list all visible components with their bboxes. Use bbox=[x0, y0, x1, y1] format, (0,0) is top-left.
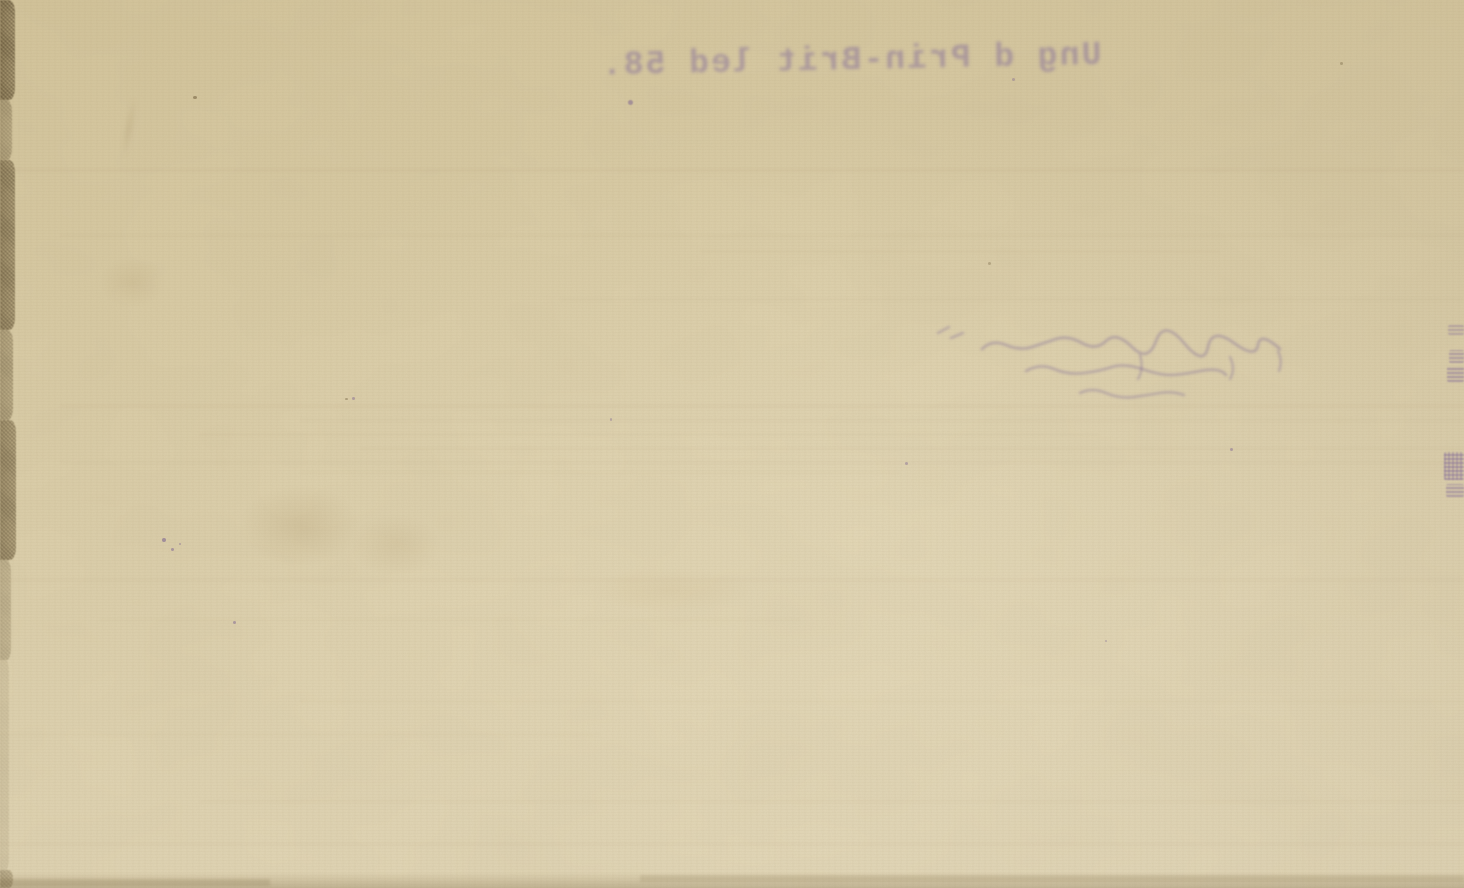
left-edge-segment bbox=[0, 100, 12, 160]
bottom-edge-dark-segment bbox=[0, 879, 270, 886]
bottom-edge-shadow bbox=[0, 872, 1464, 888]
scan-striation-line bbox=[300, 471, 900, 474]
scan-striation-line bbox=[60, 234, 1464, 237]
edge-ink-mark bbox=[1447, 366, 1464, 382]
paper-speck bbox=[1340, 62, 1343, 65]
stain-smudge bbox=[85, 245, 180, 320]
scan-striation-line bbox=[100, 618, 800, 621]
scan-striation-line bbox=[300, 419, 1464, 422]
paper-speck bbox=[345, 398, 348, 400]
bleedthrough-typewritten-text: Ung d Prin-Brit led 58. bbox=[595, 37, 1106, 114]
scan-striation-line bbox=[200, 433, 1100, 436]
edge-ink-mark bbox=[1446, 484, 1464, 497]
stain-smudge bbox=[215, 468, 385, 583]
scan-weave-texture bbox=[0, 0, 1464, 888]
left-edge-segment bbox=[0, 870, 13, 888]
scan-striation-line bbox=[700, 250, 1220, 253]
ink-speck bbox=[905, 462, 908, 465]
paper-speck bbox=[193, 96, 197, 99]
stain-streak bbox=[115, 84, 144, 170]
paper-speck bbox=[988, 262, 991, 265]
bleedthrough-handwriting-scrawl bbox=[930, 315, 1320, 410]
paper-scan: Ung d Prin-Brit led 58. bbox=[0, 0, 1464, 888]
left-edge-segment bbox=[0, 160, 15, 330]
ink-speck bbox=[1105, 640, 1107, 642]
paper-grain-texture bbox=[0, 0, 1464, 888]
left-edge-segment bbox=[0, 420, 16, 560]
scan-striation-line bbox=[0, 578, 1464, 582]
ink-speck bbox=[352, 397, 355, 400]
stain-smudge bbox=[560, 560, 780, 620]
left-edge-segment bbox=[0, 560, 11, 660]
scan-striation-line bbox=[60, 461, 1464, 464]
ink-speck bbox=[610, 418, 612, 421]
ink-speck-cluster bbox=[162, 538, 166, 542]
ink-speck bbox=[1012, 78, 1015, 81]
edge-ink-mark bbox=[1444, 452, 1464, 480]
bleedthrough-typewritten-glyphs: Ung d Prin-Brit led 58. bbox=[595, 37, 1106, 85]
left-edge-segment bbox=[0, 0, 15, 100]
scan-striation-line bbox=[0, 733, 600, 736]
edge-ink-mark bbox=[1449, 350, 1464, 363]
stain-smudge bbox=[330, 500, 460, 590]
scan-striation-line bbox=[560, 298, 1464, 301]
left-edge-segment bbox=[0, 330, 13, 420]
ink-speck bbox=[171, 548, 174, 551]
scan-striation-line bbox=[0, 842, 1464, 846]
scan-striation-line bbox=[200, 800, 1464, 803]
edge-ink-mark bbox=[1448, 325, 1464, 335]
ink-speck bbox=[179, 543, 181, 545]
left-edge-segment bbox=[0, 660, 9, 870]
scan-striation-line bbox=[300, 700, 1464, 703]
scan-striation-line bbox=[360, 447, 1464, 450]
ink-speck bbox=[628, 100, 633, 105]
scan-striation-line bbox=[60, 404, 1464, 408]
bottom-edge-dark-segment bbox=[640, 875, 1464, 882]
scan-striation-line bbox=[0, 168, 1464, 172]
ink-speck bbox=[233, 621, 236, 624]
ink-speck bbox=[1230, 448, 1233, 451]
